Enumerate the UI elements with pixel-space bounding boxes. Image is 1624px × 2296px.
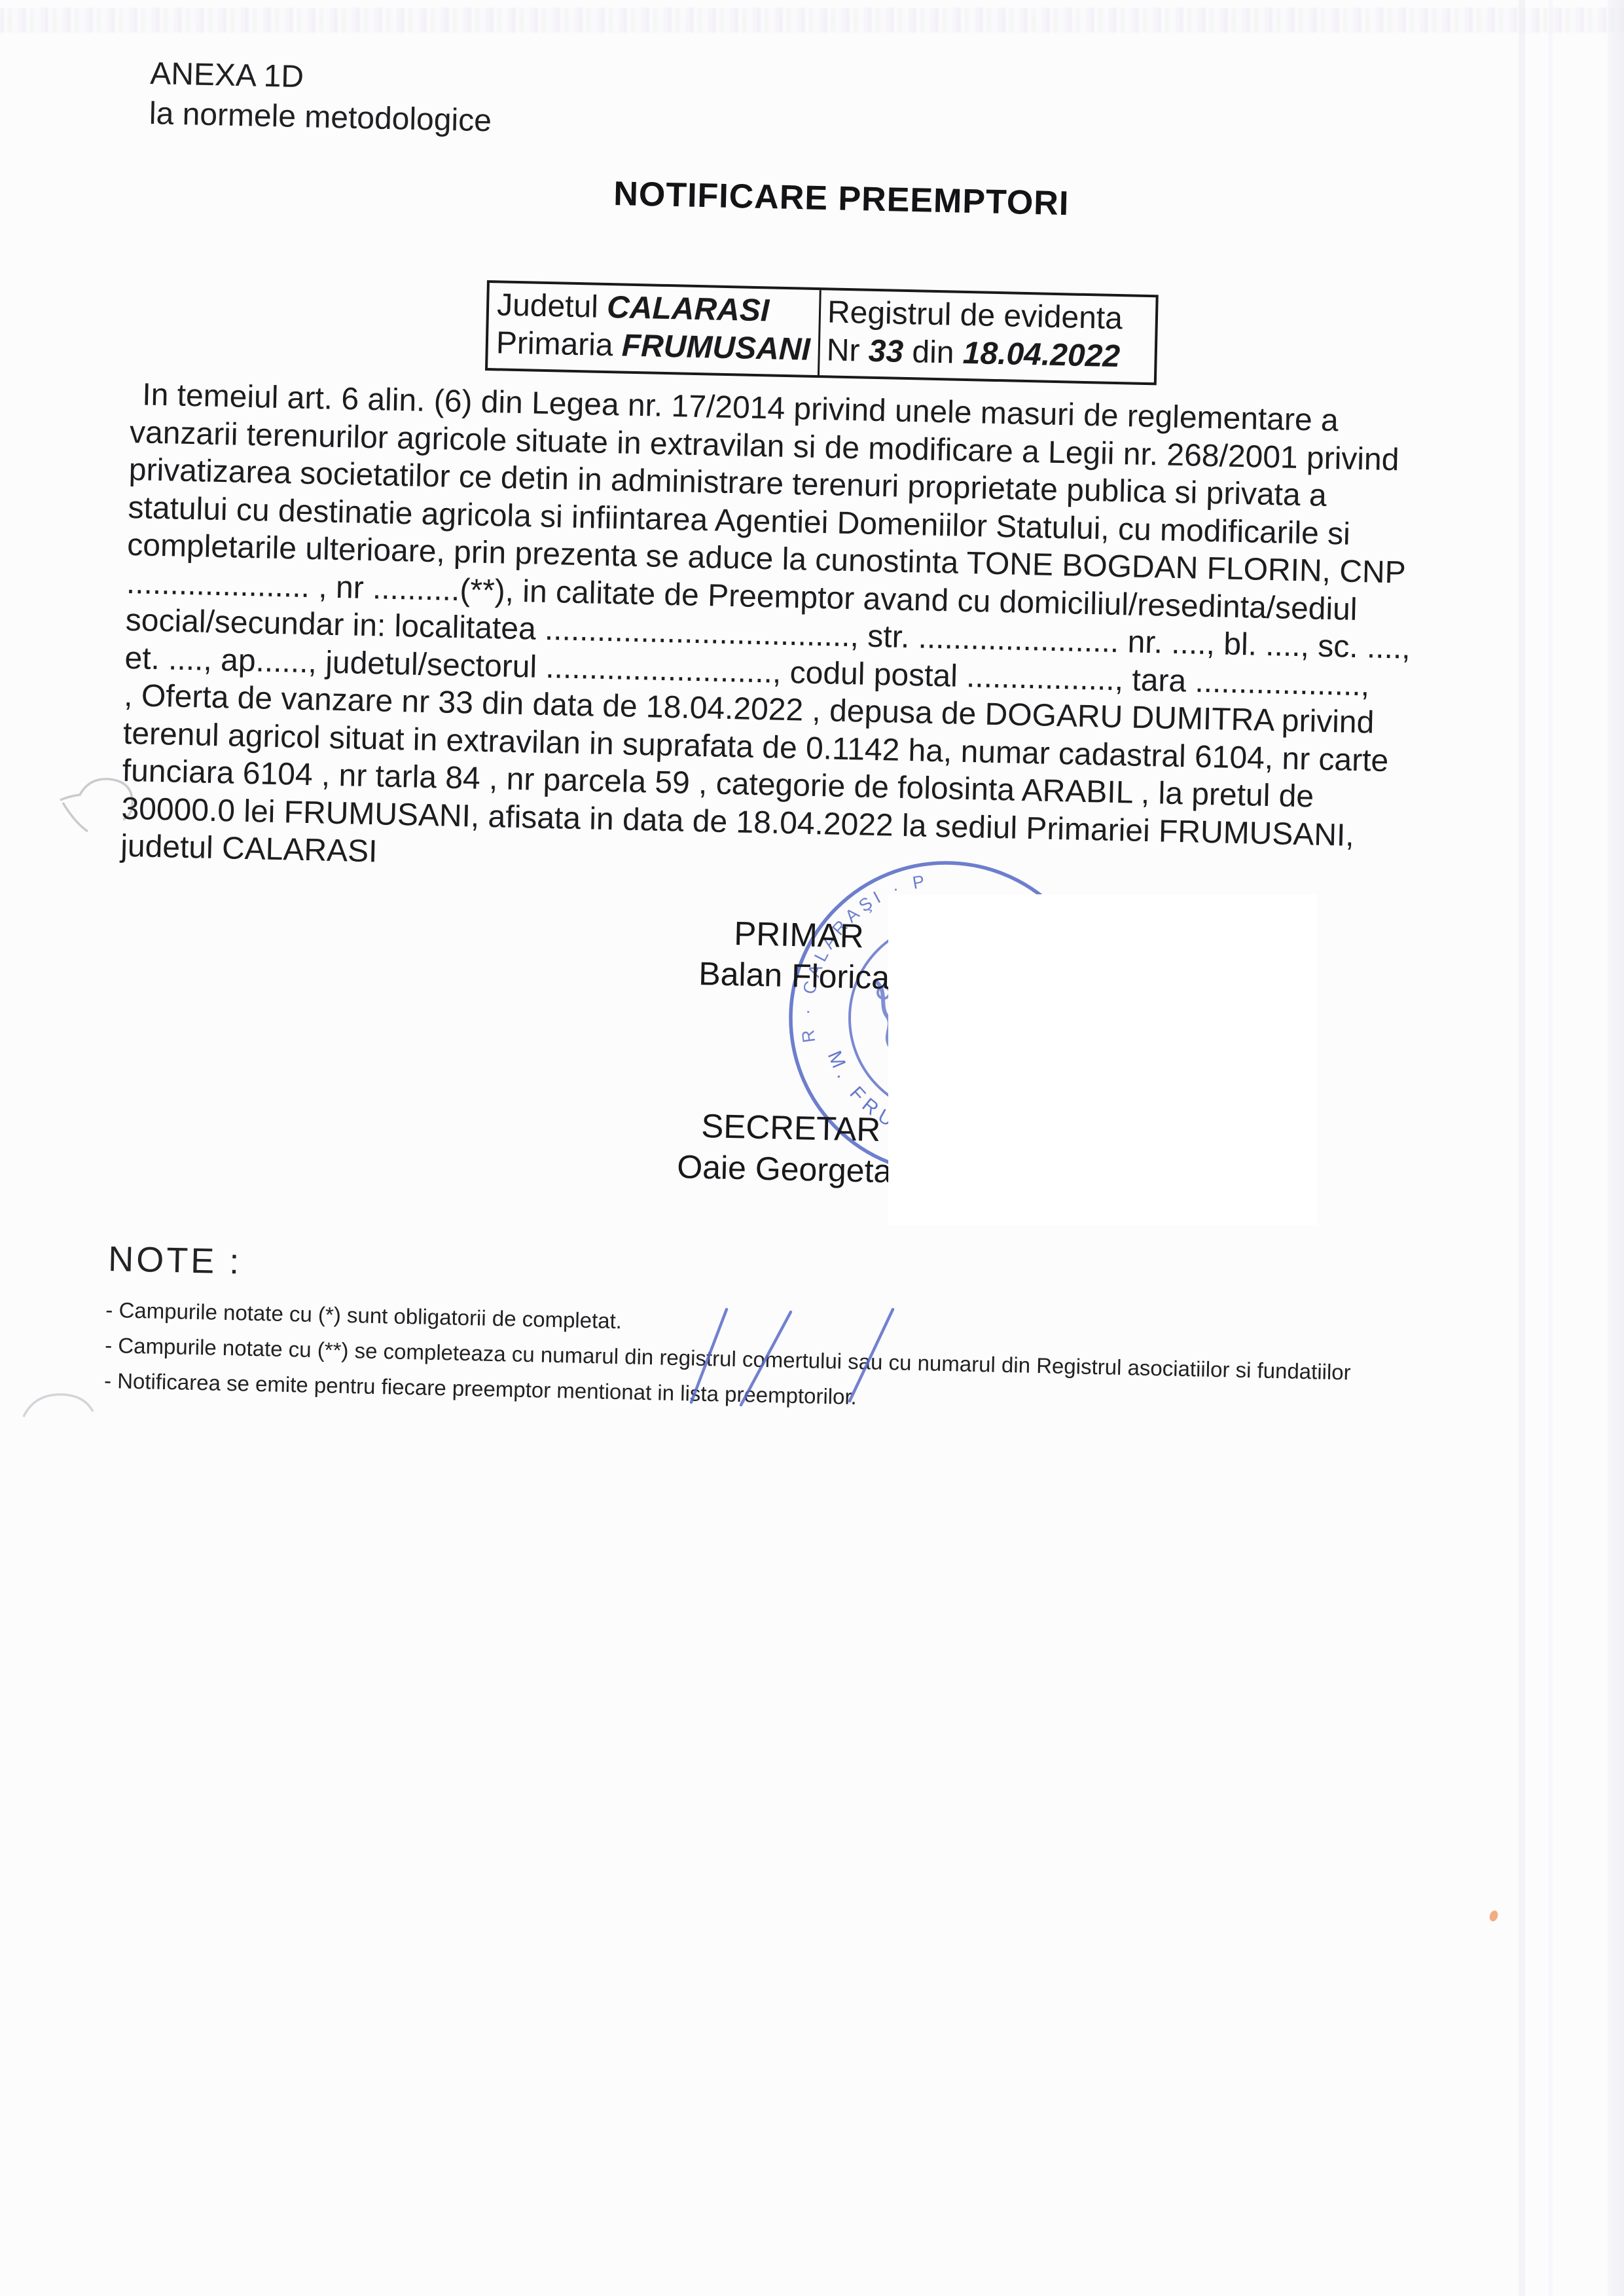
scan-noise-band [0,8,1624,33]
scanner-streak [1519,0,1525,2296]
pen-slash-icon [691,1309,727,1402]
pen-marks [674,1296,910,1414]
registry-label: Registrul de evidenta [827,293,1155,338]
registry-cell-record: Registrul de evidenta Nr 33 din 18.04.20… [818,290,1156,382]
pen-slash-icon [741,1312,791,1405]
secretar-title: SECRETAR [701,1106,881,1149]
registry-number-line: Nr 33 din 18.04.2022 [826,331,1155,376]
registry-date: 18.04.2022 [962,336,1120,374]
pen-slash-icon [850,1309,893,1401]
annex-number: ANEXA 1D [150,54,493,101]
county-name: CALARASI [607,290,770,328]
secretar-name: Oaie Georgeta [677,1148,892,1190]
county-line: Judetul CALARASI [497,286,820,331]
primar-title: PRIMAR [734,914,865,955]
annex-label: ANEXA 1D la normele metodologice [149,54,493,141]
registry-cell-authority: Judetul CALARASI Primaria FRUMUSANI [488,283,820,375]
registry-table: Judetul CALARASI Primaria FRUMUSANI Regi… [485,280,1159,385]
document-title: NOTIFICARE PREEMPTORI [613,174,1070,223]
registry-number: 33 [868,334,904,369]
cityhall-name: FRUMUSANI [621,329,810,367]
scan-edge-band [1608,0,1624,2296]
notification-body: In temeiul art. 6 alin. (6) din Legea nr… [120,376,1416,893]
redaction-white-box [888,894,1317,1225]
annex-subtitle: la normele metodologice [149,94,492,141]
paper-wrinkle-mark [18,1383,117,1442]
notes-heading: NOTE : [108,1239,242,1282]
scan-artifact-dot [1489,1910,1500,1923]
scanner-streak [1549,0,1553,2296]
primar-name: Balan Florica [698,955,890,996]
cityhall-line: Primaria FRUMUSANI [496,324,818,369]
